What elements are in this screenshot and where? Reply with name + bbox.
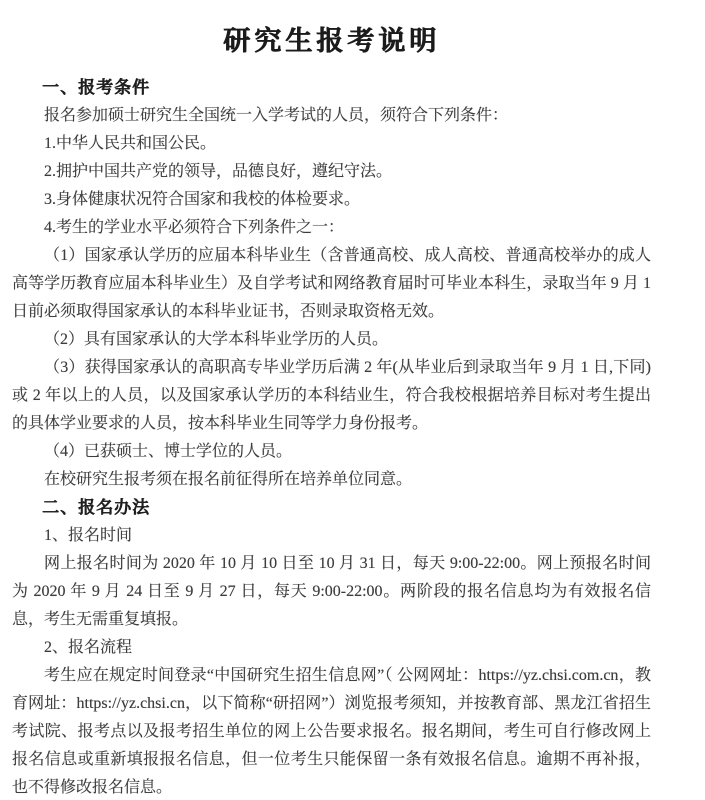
- registration-process-body: 考生应在规定时间登录“中国研究生招生信息网”（ 公网网址：https://yz.…: [12, 662, 651, 800]
- condition-item-4: 4.考生的学业水平必须符合下列条件之一：: [12, 214, 651, 242]
- condition-item-3: 3.身体健康状况符合国家和我校的体检要求。: [12, 186, 651, 214]
- condition-item-2: 2.拥护中国共产党的领导，品德良好，遵纪守法。: [12, 158, 651, 186]
- condition-subitem-1: （1）国家承认学历的应届本科毕业生（含普通高校、成人高校、普通高校举办的成人高等…: [12, 242, 651, 326]
- condition-subitem-4: （4）已获硕士、博士学位的人员。: [12, 438, 651, 466]
- document-title: 研究生报考说明: [12, 24, 651, 58]
- section1-note: 在校研究生报考须在报名前征得所在培养单位同意。: [12, 466, 651, 494]
- condition-item-1: 1.中华人民共和国公民。: [12, 130, 651, 158]
- registration-time-body: 网上报名时间为 2020 年 10 月 10 日至 10 月 31 日，每天 9…: [12, 550, 651, 634]
- document-page: 研究生报考说明 一、报考条件 报名参加硕士研究生全国统一入学考试的人员，须符合下…: [0, 0, 705, 800]
- section1-intro: 报名参加硕士研究生全国统一入学考试的人员，须符合下列条件：: [12, 102, 651, 130]
- condition-subitem-2: （2）具有国家承认的大学本科毕业学历的人员。: [12, 326, 651, 354]
- registration-process-title: 2、报名流程: [12, 634, 651, 662]
- registration-time-title: 1、报名时间: [12, 522, 651, 550]
- condition-subitem-3: （3）获得国家承认的高职高专毕业学历后满 2 年(从毕业后到录取当年 9 月 1…: [12, 354, 651, 438]
- section2-heading: 二、报名办法: [12, 494, 651, 522]
- section1-heading: 一、报考条件: [12, 74, 651, 102]
